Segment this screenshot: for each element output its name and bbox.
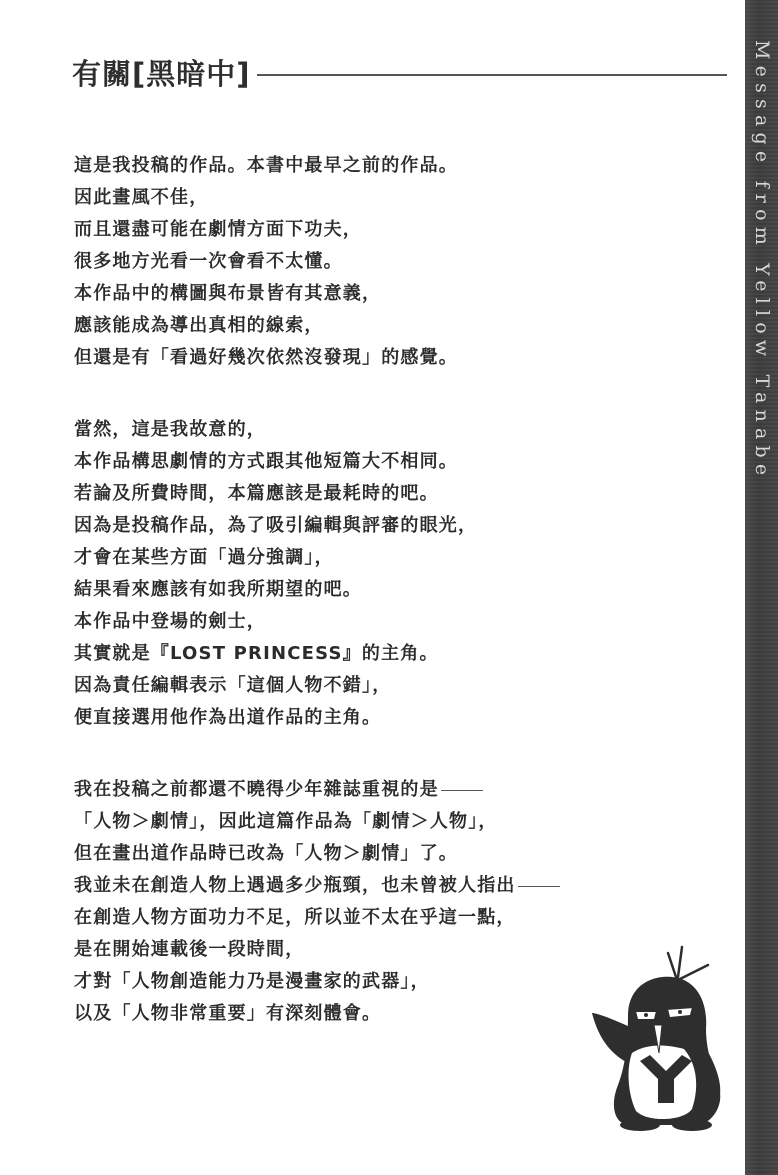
text-line: 我在投稿之前都還不曉得少年雜誌重視的是: [74, 779, 439, 800]
text-line: 才會在某些方面「過分強調」，: [74, 542, 694, 574]
page-title: 有關[黑暗中]: [72, 52, 251, 96]
text-line: 若論及所費時間，本篇應該是最耗時的吧。: [74, 478, 694, 510]
text-line: 但還是有「看過好幾次依然沒發現」的感覺。: [74, 342, 694, 374]
text-line: 因為是投稿作品，為了吸引編輯與評審的眼光，: [74, 510, 694, 542]
text-line-with-dash: 我在投稿之前都還不曉得少年雜誌重視的是: [74, 774, 694, 806]
paragraph-1: 這是我投稿的作品。本書中最早之前的作品。 因此畫風不佳， 而且還盡可能在劇情方面…: [74, 150, 694, 374]
text-line: 這是我投稿的作品。本書中最早之前的作品。: [74, 150, 694, 182]
paragraph-2: 當然，這是我故意的， 本作品構思劇情的方式跟其他短篇大不相同。 若論及所費時間，…: [74, 414, 694, 734]
side-banner: Message from Yellow Tanabe: [745, 0, 778, 1175]
text-line: 因為責任編輯表示「這個人物不錯」，: [74, 670, 694, 702]
title-divider: [257, 74, 727, 76]
text-line: 本作品中登場的劍士，: [74, 606, 694, 638]
text-line: 便直接選用他作為出道作品的主角。: [74, 702, 694, 734]
text-line: 因此畫風不佳，: [74, 182, 694, 214]
message-body: 這是我投稿的作品。本書中最早之前的作品。 因此畫風不佳， 而且還盡可能在劇情方面…: [74, 150, 694, 1030]
paragraph-spacer: [74, 734, 694, 774]
text-line: 當然，這是我故意的，: [74, 414, 694, 446]
text-line: 我並未在創造人物上遇過多少瓶頸，也未曾被人指出: [74, 875, 516, 896]
title-row: 有關[黑暗中]: [72, 52, 727, 96]
manga-afterword-page: 有關[黑暗中] 這是我投稿的作品。本書中最早之前的作品。 因此畫風不佳， 而且還…: [0, 0, 778, 1175]
text-line: 在創造人物方面功力不足，所以並不太在乎這一點，: [74, 902, 694, 934]
text-line: 應該能成為導出真相的線索，: [74, 310, 694, 342]
penguin-mascot-icon: [588, 945, 728, 1135]
text-line: 但在畫出道作品時已改為「人物＞劇情」了。: [74, 838, 694, 870]
text-line-with-dash: 我並未在創造人物上遇過多少瓶頸，也未曾被人指出: [74, 870, 694, 902]
text-line: 本作品中的構圖與布景皆有其意義，: [74, 278, 694, 310]
text-line: 其實就是『LOST PRINCESS』的主角。: [74, 638, 694, 670]
paragraph-spacer: [74, 374, 694, 414]
text-line: 結果看來應該有如我所期望的吧。: [74, 574, 694, 606]
text-line: 本作品構思劇情的方式跟其他短篇大不相同。: [74, 446, 694, 478]
text-line: 很多地方光看一次會看不太懂。: [74, 246, 694, 278]
em-dash-rule: [441, 790, 483, 791]
em-dash-rule: [518, 886, 560, 887]
text-line: 而且還盡可能在劇情方面下功夫，: [74, 214, 694, 246]
text-line: 「人物＞劇情」，因此這篇作品為「劇情＞人物」，: [74, 806, 694, 838]
side-banner-label: Message from Yellow Tanabe: [749, 40, 775, 510]
